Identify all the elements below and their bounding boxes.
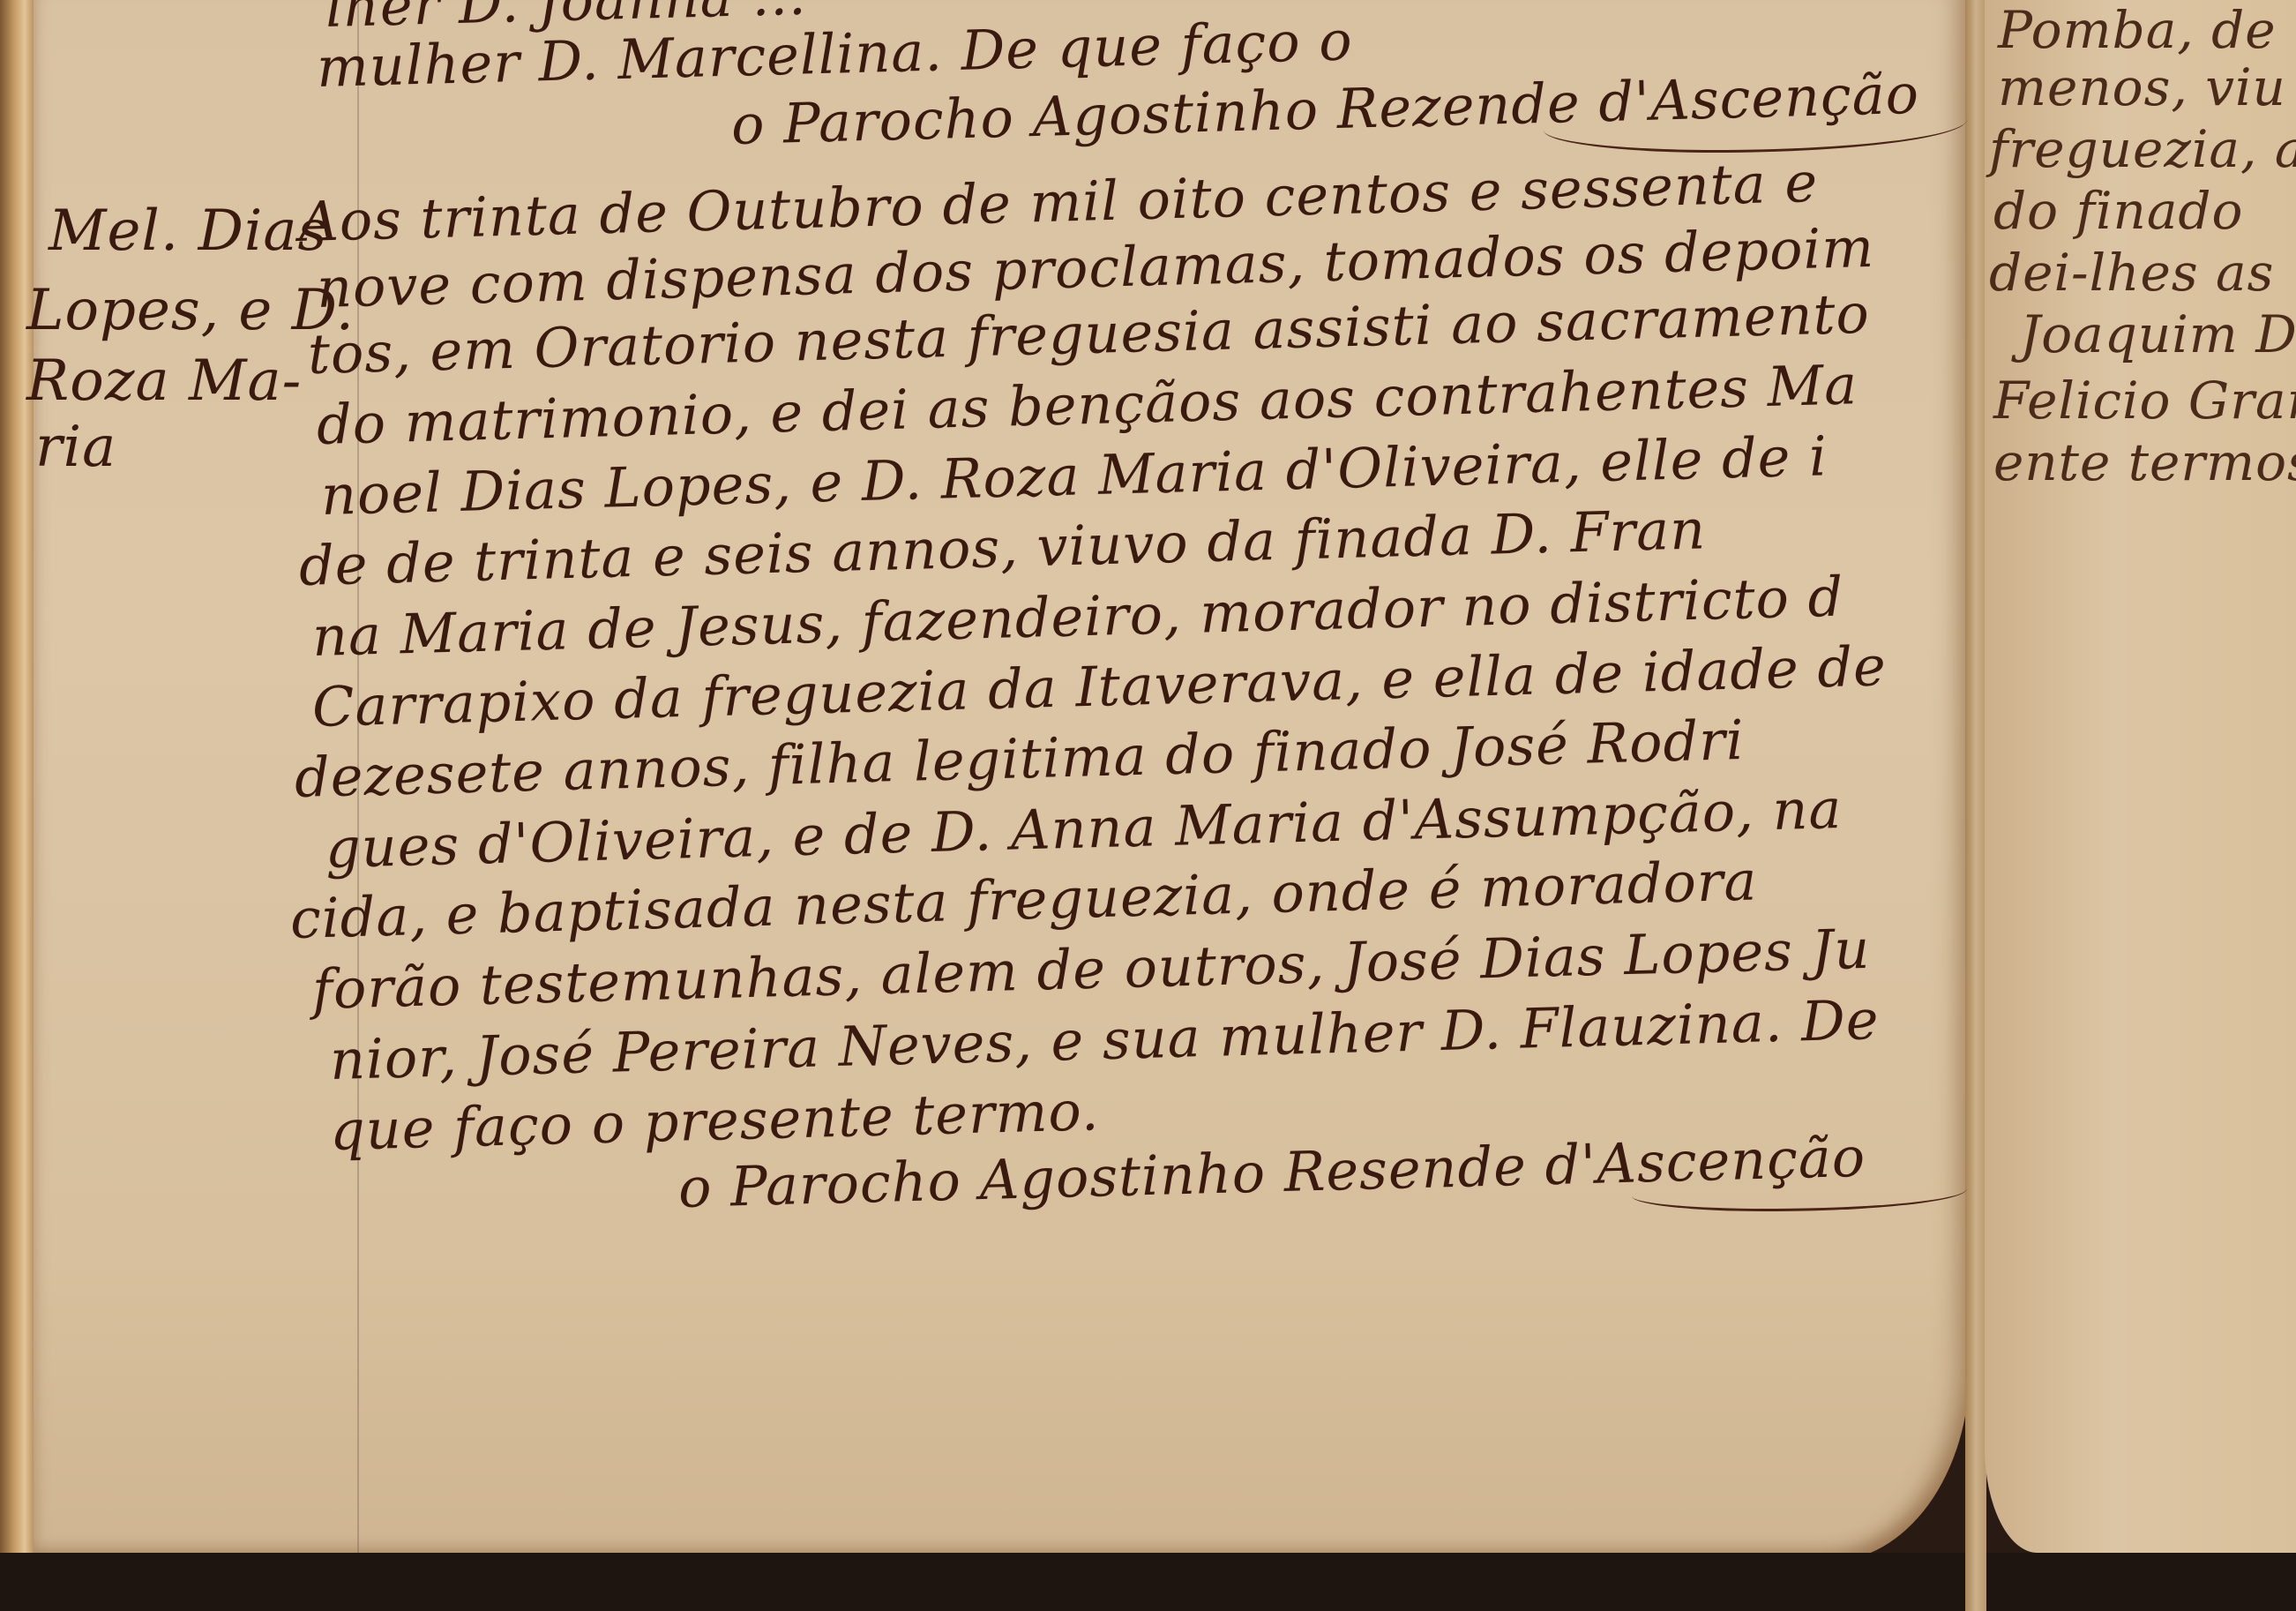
margin-note-line: Roza Ma- [26,348,302,414]
margin-note-line: Lopes, e D. [26,278,355,343]
right-page-line: Felicio Gran [1993,371,2296,431]
book-gutter [1965,0,1986,1611]
right-page-line: ente termos. [1993,432,2296,492]
right-page-line: Joaquim D [2020,304,2296,364]
book-page-edges [0,0,35,1611]
margin-note-line: Mel. Dias [49,199,327,264]
right-page-line: dei-lhes as [1989,243,2274,303]
right-page-line: freguezia, a [1989,119,2296,179]
bottom-shadow [0,1553,2296,1611]
margin-note-line: ria [35,415,116,480]
right-page-line: do finado [1993,181,2243,241]
right-page-line: Pomba, de [1998,0,2277,60]
right-page-line: menos, viu [1998,57,2286,117]
